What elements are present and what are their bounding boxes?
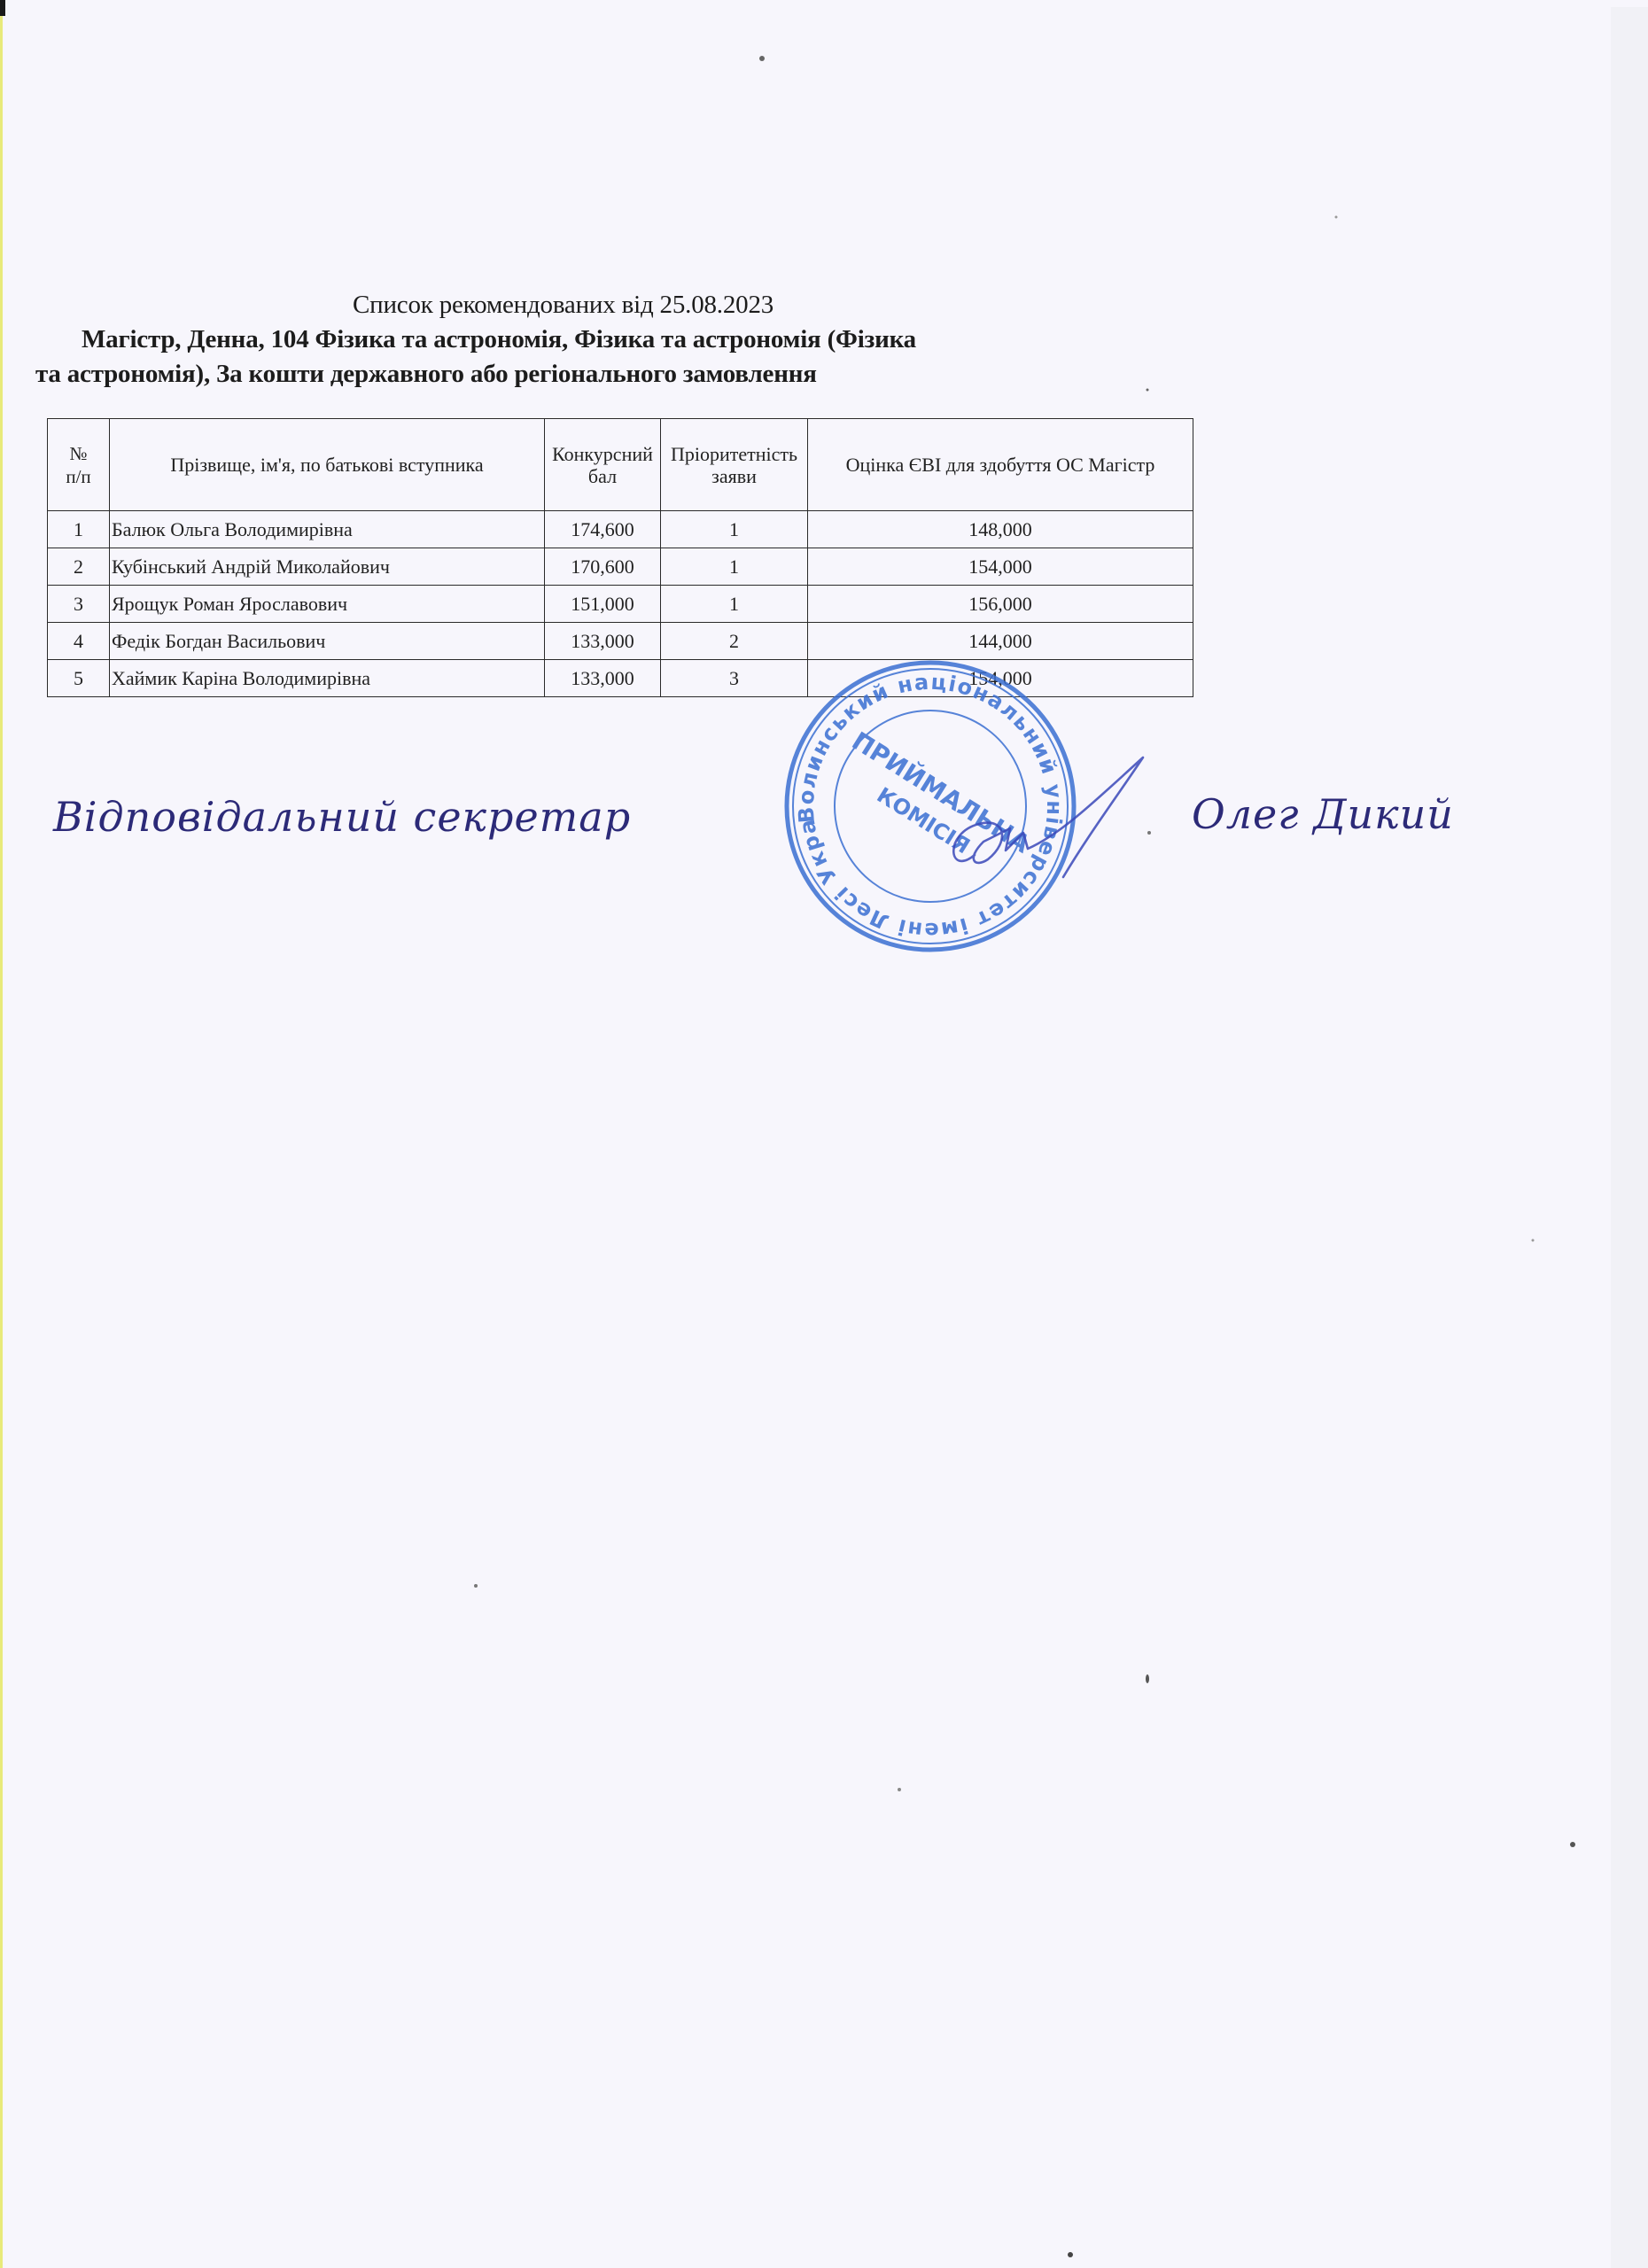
row-full-name: Ярощук Роман Ярославович [110,586,545,623]
row-full-name: Балюк Ольга Володимирівна [110,511,545,548]
header-full-name: Прізвище, ім'я, по батькові вступника [110,419,545,511]
row-priority: 1 [661,548,808,586]
handwritten-role: Відповідальний секретар [53,793,631,841]
table-row: 4Федік Богдан Васильович133,0002144,000 [48,623,1193,660]
header-number-label: №п/п [66,443,90,487]
document-subtitle-line-1: Магістр, Денна, 104 Фізика та астрономія… [82,325,916,353]
row-number: 2 [48,548,110,586]
header-application-priority: Пріоритетність заяви [661,419,808,511]
row-full-name: Хаймик Каріна Володимирівна [110,660,545,697]
row-full-name: Федік Богдан Васильович [110,623,545,660]
table-row: 1Балюк Ольга Володимирівна174,6001148,00… [48,511,1193,548]
row-evi-score: 154,000 [808,548,1193,586]
scan-edge-strip [0,16,3,2268]
row-evi-score: 148,000 [808,511,1193,548]
row-full-name: Кубінський Андрій Миколайович [110,548,545,586]
row-evi-score: 156,000 [808,586,1193,623]
row-evi-score: 144,000 [808,623,1193,660]
scan-margin [1611,7,1648,2268]
row-number: 5 [48,660,110,697]
handwritten-name: Олег Дикий [1192,790,1454,838]
row-number: 4 [48,623,110,660]
row-number: 3 [48,586,110,623]
document-title: Список рекомендованих від 25.08.2023 [353,291,773,319]
table-row: 2Кубінський Андрій Миколайович170,600115… [48,548,1193,586]
table-row: 3Ярощук Роман Ярославович151,0001156,000 [48,586,1193,623]
row-competitive-score: 133,000 [545,660,661,697]
scan-corner-mark [0,0,5,16]
row-competitive-score: 170,600 [545,548,661,586]
header-number: №п/п [48,419,110,511]
row-number: 1 [48,511,110,548]
row-competitive-score: 174,600 [545,511,661,548]
document-subtitle-line-2: та астрономія), За кошти державного або … [35,360,817,388]
row-competitive-score: 133,000 [545,623,661,660]
row-priority: 1 [661,511,808,548]
header-evi-score: Оцінка ЄВІ для здобуття ОС Магістр [808,419,1193,511]
signature [939,744,1170,913]
table-header-row: №п/п Прізвище, ім'я, по батькові вступни… [48,419,1193,511]
row-priority: 2 [661,623,808,660]
row-competitive-score: 151,000 [545,586,661,623]
header-competitive-score: Конкурсний бал [545,419,661,511]
row-priority: 1 [661,586,808,623]
